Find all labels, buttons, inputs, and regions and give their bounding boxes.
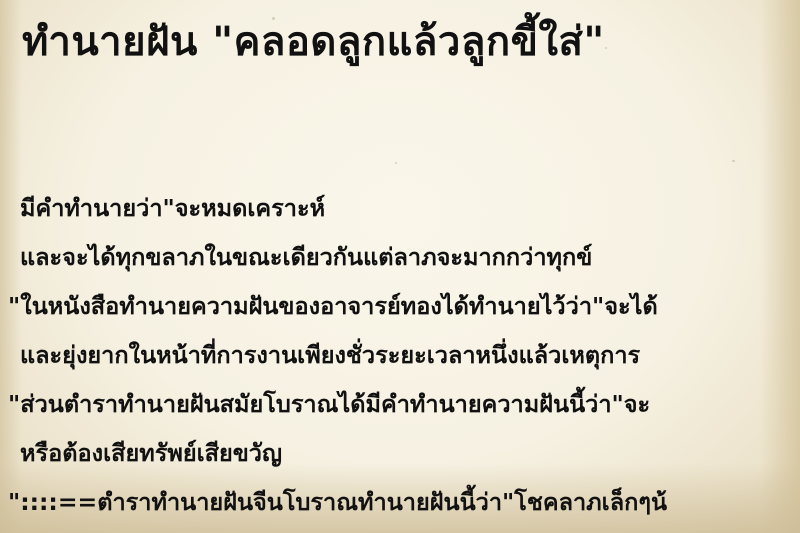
paper-speck [605, 47, 607, 49]
text-line: หรือต้องเสียทรัพย์เสียขวัญ [0, 429, 800, 478]
text-line: และจะได้ทุกขลาภในขณะเดียวกันแต่ลาภจะมากก… [0, 233, 800, 282]
dream-interpretation-body: มีคำทำนายว่า"จะหมดเคราะห์ และจะได้ทุกขลา… [0, 184, 800, 527]
paper-speck [732, 160, 735, 162]
text-line: "ในหนังสือทำนายความฝันของอาจารย์ทองได้ทำ… [0, 282, 800, 331]
text-line: "ส่วนตำราทำนายฝันสมัยโบราณได้มีคำทำนายคว… [0, 380, 800, 429]
paper-speck [395, 162, 397, 164]
page-title: ทำนายฝัน "คลอดลูกแล้วลูกขี้ใส่" [22, 18, 605, 66]
text-line: และยุ่งยากในหน้าที่การงานเพียงชั่วระยะเว… [0, 331, 800, 380]
text-line: "::::==ตำราทำนายฝันจีนโบราณทำนายฝันนี้ว่… [0, 478, 800, 527]
text-line: มีคำทำนายว่า"จะหมดเคราะห์ [0, 184, 800, 233]
